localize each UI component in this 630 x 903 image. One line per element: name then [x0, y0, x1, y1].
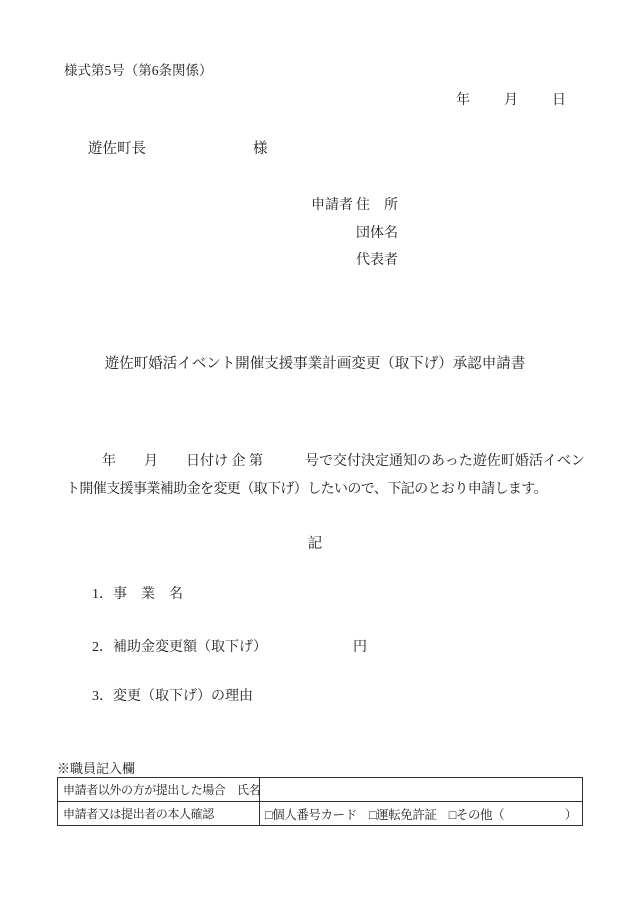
form-number: 様式第5号（第6条関係） — [64, 63, 213, 80]
date-line: 年 月 日 — [456, 92, 568, 110]
ki-separator: 記 — [0, 535, 630, 553]
item-change-reason: 3．変更（取下げ）の理由 — [92, 688, 253, 706]
body-paragraph-line1: 年 月 日付け 企 第 号で交付決定通知のあった遊佐町婚活イベン — [102, 453, 585, 471]
table-row: 申請者以外の方が提出した場合 氏名 — [58, 778, 582, 801]
row-submitter-name-value — [260, 778, 582, 801]
document-title: 遊佐町婚活イベント開催支援事業計画変更（取下げ）承認申請書 — [0, 355, 630, 373]
addressee-honorific: 様 — [253, 140, 268, 158]
item-subsidy-change-amount: 2．補助金変更額（取下げ） — [92, 639, 267, 657]
table-row: 申請者又は提出者の本人確認 □個人番号カード □運転免許証 □その他（ ） — [58, 801, 582, 825]
row-identity-check-options: □個人番号カード □運転免許証 □その他（ ） — [260, 802, 582, 825]
form-page: 様式第5号（第6条関係） 年 月 日 遊佐町長 様 申請者 住 所 団体名 代表… — [0, 0, 630, 903]
applicant-organization-label: 団体名 — [356, 225, 398, 243]
staff-entry-heading: ※職員記入欄 — [57, 761, 135, 777]
applicant-address-label: 住 所 — [356, 197, 398, 215]
item-subsidy-change-unit: 円 — [353, 639, 367, 657]
applicant-representative-label: 代表者 — [356, 252, 398, 270]
row-submitter-name-label: 申請者以外の方が提出した場合 氏名 — [58, 778, 260, 801]
body-paragraph-line2: ト開催支援事業補助金を変更（取下げ）したいので、下記のとおり申請します。 — [66, 481, 547, 499]
addressee-name: 遊佐町長 — [88, 140, 146, 158]
row-identity-check-label: 申請者又は提出者の本人確認 — [58, 802, 260, 825]
applicant-label: 申請者 — [311, 197, 353, 215]
staff-entry-table: 申請者以外の方が提出した場合 氏名 申請者又は提出者の本人確認 □個人番号カード… — [57, 777, 583, 826]
item-project-name: 1．事 業 名 — [92, 586, 183, 604]
